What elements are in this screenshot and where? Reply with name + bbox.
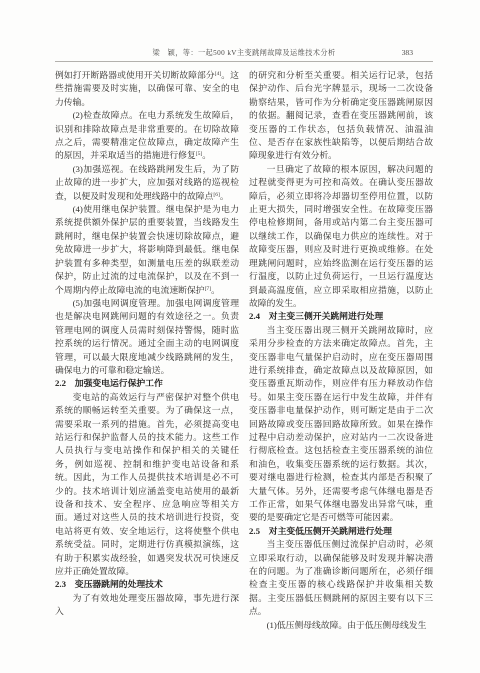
reference-marker: [7] (205, 286, 212, 292)
left-column: 例如打开断路器或使用开关切断故障部分[4]。这些措施需要及时实施，以确保可靠、安… (55, 69, 239, 632)
scanned-paper-page: 梁 颖，等：一起500 kV主变跳闸故障及运维技术分析 383 例如打开断路器或… (0, 0, 480, 673)
body-paragraph: (1)低压侧母线故障。由于低压侧母线发生 (249, 619, 433, 632)
body-paragraph: (2)检查故障点。在电力系统发生故障后，识别和排除故障点是非常重要的。在切除故障… (55, 109, 239, 163)
body-paragraph: (4)使用继电保护装置。继电保护是为电力系统提供额外保护层的重要装置，当线路发生… (55, 203, 239, 297)
page-content: 梁 颖，等：一起500 kV主变跳闸故障及运维技术分析 383 例如打开断路器或… (55, 47, 433, 632)
body-paragraph: 为了有效地处理变压器故障，事先进行深入 (55, 592, 239, 619)
two-column-body: 例如打开断路器或使用开关切断故障部分[4]。这些措施需要及时实施，以确保可靠、安… (55, 69, 433, 632)
reference-marker: [6] (213, 192, 220, 198)
reference-marker: [5] (196, 151, 203, 157)
body-paragraph: (3)加强巡视。在线路跳闸发生后，为了防止故障的进一步扩大，应加强对线路的巡视检… (55, 163, 239, 203)
right-column: 的研究和分析至关重要。相关运行记录，包括保护动作、后台光字牌显示，现场一二次设备… (249, 69, 433, 632)
body-paragraph: 一旦确定了故障的根本原因，解决问题的过程就变得更为可控和高效。在确认变压器故障后… (249, 163, 433, 310)
section-heading: 2.5 对主变低压侧开关跳闸进行处理 (249, 525, 433, 538)
page-header: 梁 颖，等：一起500 kV主变跳闸故障及运维技术分析 383 (55, 47, 433, 59)
page-number: 383 (402, 47, 413, 59)
header-rule (55, 61, 433, 62)
section-heading: 2.2 加强变电运行保护工作 (55, 377, 239, 390)
running-head-title: 梁 颖，等：一起500 kV主变跳闸故障及运维技术分析 (55, 47, 433, 59)
body-paragraph: 当主变压器低压侧过流保护启动时，必须立即采取行动，以确保能够及时发现并解决潜在的… (249, 538, 433, 618)
section-heading: 2.4 对主变三侧开关跳闸进行处理 (249, 310, 433, 323)
body-paragraph: 当主变压器出现三侧开关跳闸故障时，应采用分步检查的方法来确定故障点。首先，主变压… (249, 324, 433, 525)
reference-marker: [4] (215, 71, 222, 77)
section-heading: 2.3 变压器跳闸的处理技术 (55, 578, 239, 591)
body-paragraph: 变电站的高效运行与严密保护对整个供电系统的顺畅运转至关重要。为了确保这一点，需要… (55, 391, 239, 579)
body-paragraph: 例如打开断路器或使用开关切断故障部分[4]。这些措施需要及时实施，以确保可靠、安… (55, 69, 239, 109)
body-paragraph: 的研究和分析至关重要。相关运行记录，包括保护动作、后台光字牌显示，现场一二次设备… (249, 69, 433, 163)
body-paragraph: (5)加强电网调度管理。加强电网调度管理也是解决电网跳闸问题的有效途径之一。负责… (55, 297, 239, 377)
